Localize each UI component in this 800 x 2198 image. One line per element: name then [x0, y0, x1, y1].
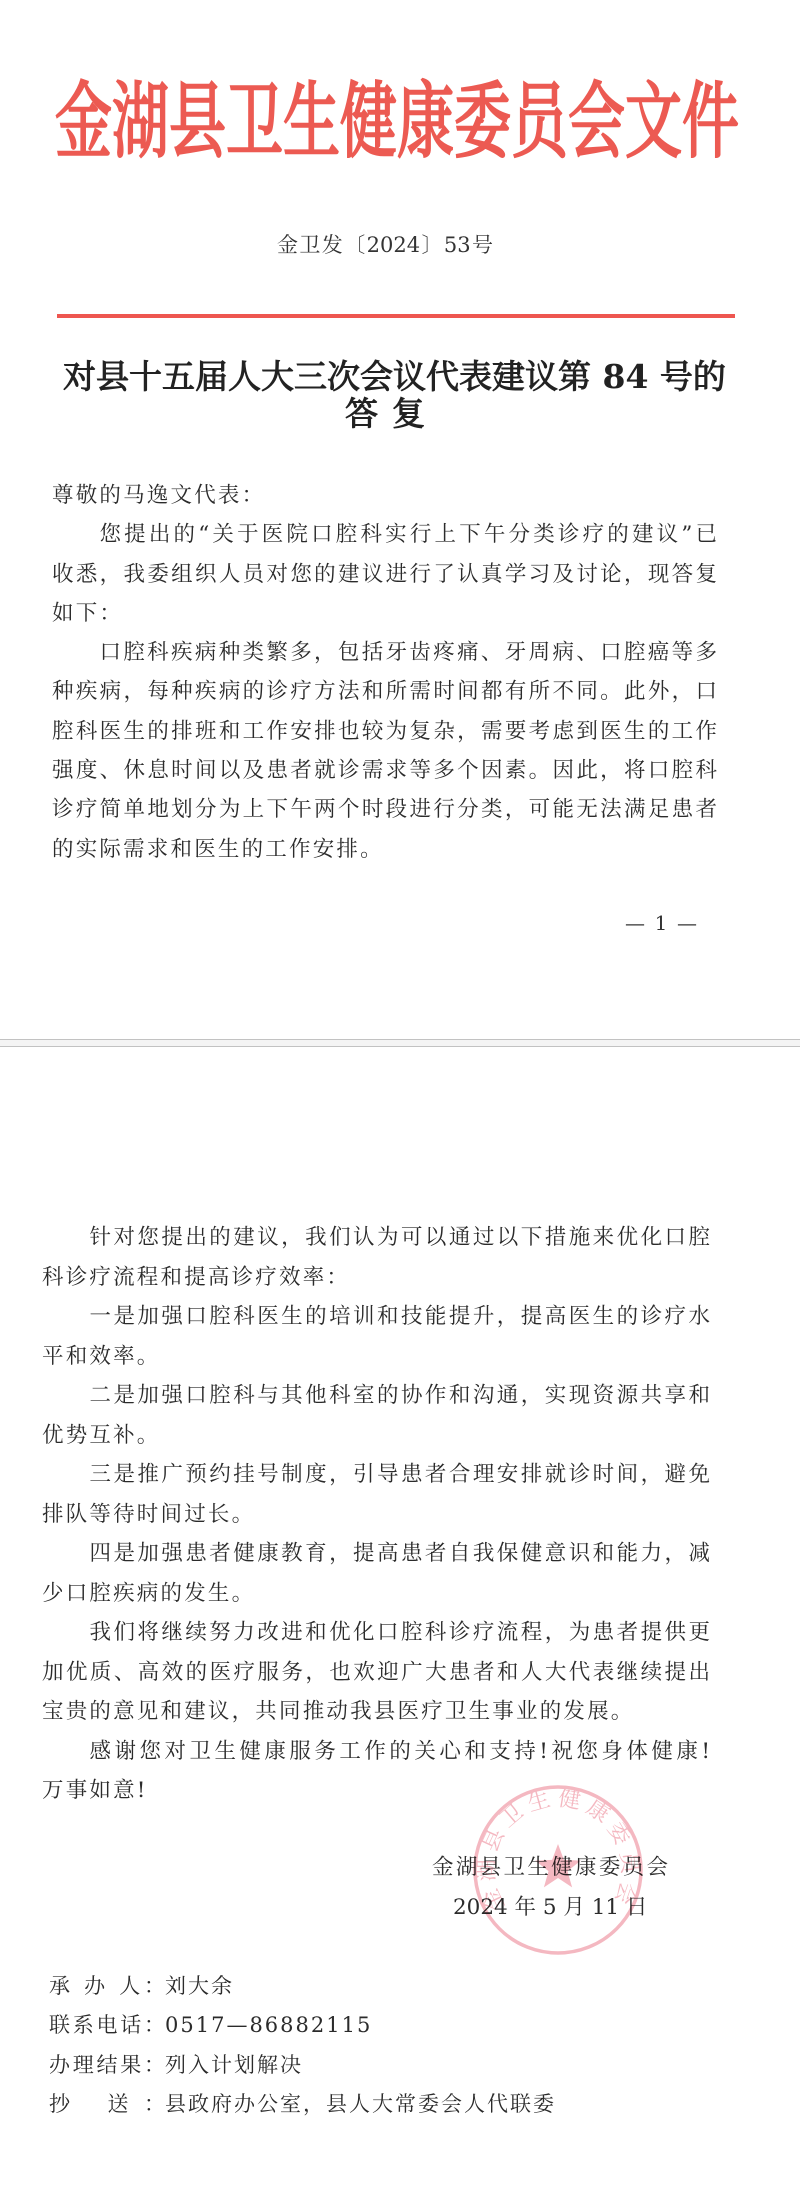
text-line: 一是加强口腔科医生的培训和技能提升，提高医生的诊疗水 — [42, 1297, 710, 1337]
text-line: 的实际需求和医生的工作安排。 — [52, 830, 717, 869]
footer-row-handler: 承 办 人：刘大余 — [49, 1967, 649, 2006]
footer-row-phone: 联系电话：0517—86882115 — [49, 2006, 649, 2045]
text-line: 针对您提出的建议，我们认为可以通过以下措施来优化口腔 — [42, 1218, 710, 1258]
text-line: 平和效率。 — [42, 1337, 710, 1377]
paragraph-measure-3: 三是推广预约挂号制度，引导患者合理安排就诊时间，避免 排队等待时间过长。 — [42, 1455, 710, 1534]
header-red-divider — [57, 314, 735, 318]
text-line: 如下： — [52, 594, 717, 633]
footer-value: 列入计划解决 — [165, 2046, 303, 2085]
paragraph-measure-4: 四是加强患者健康教育，提高患者自我保健意识和能力，减 少口腔疾病的发生。 — [42, 1534, 710, 1613]
text-line: 腔科医生的排班和工作安排也较为复杂，需要考虑到医生的工作 — [52, 712, 717, 751]
page-1-body: 尊敬的马逸文代表： 您提出的“关于医院口腔科实行上下午分类诊疗的建议”已 收悉，… — [52, 476, 717, 869]
text-line: 口腔科疾病种类繁多，包括牙齿疼痛、牙周病、口腔癌等多 — [52, 633, 717, 672]
text-line: 排队等待时间过长。 — [42, 1495, 710, 1535]
text-line: 宝贵的意见和建议，共同推动我县医疗卫生事业的发展。 — [42, 1692, 710, 1732]
text-line: 少口腔疾病的发生。 — [42, 1574, 710, 1614]
page-2-body: 针对您提出的建议，我们认为可以通过以下措施来优化口腔 科诊疗流程和提高诊疗效率：… — [42, 1218, 710, 1811]
paragraph-acknowledgement: 您提出的“关于医院口腔科实行上下午分类诊疗的建议”已 收悉，我委组织人员对您的建… — [52, 515, 717, 633]
footer-value: 县政府办公室，县人大常委会人代联委 — [165, 2085, 556, 2124]
text-line: 感谢您对卫生健康服务工作的关心和支持!祝您身体健康! — [42, 1732, 710, 1772]
text-line: 科诊疗流程和提高诊疗效率： — [42, 1258, 710, 1298]
page-separator — [0, 1039, 800, 1047]
paragraph-commitment: 我们将继续努力改进和优化口腔科诊疗流程，为患者提供更 加优质、高效的医疗服务，也… — [42, 1613, 710, 1732]
text-line: 三是推广预约挂号制度，引导患者合理安排就诊时间，避免 — [42, 1455, 710, 1495]
document-number: 金卫发〔2024〕53号 — [277, 232, 493, 258]
text-line: 优势互补。 — [42, 1416, 710, 1456]
text-line: 种疾病，每种疾病的诊疗方法和所需时间都有所不同。此外，口 — [52, 672, 717, 711]
text-line: 诊疗简单地划分为上下午两个时段进行分类，可能无法满足患者 — [52, 790, 717, 829]
footer-value: 刘大余 — [165, 1967, 234, 2006]
text-line: 收悉，我委组织人员对您的建议进行了认真学习及讨论，现答复 — [52, 555, 717, 594]
footer-value: 0517—86882115 — [165, 2006, 372, 2045]
text-line: 您提出的“关于医院口腔科实行上下午分类诊疗的建议”已 — [52, 515, 717, 554]
paragraph-measures-intro: 针对您提出的建议，我们认为可以通过以下措施来优化口腔 科诊疗流程和提高诊疗效率： — [42, 1218, 710, 1297]
document-header-title: 金湖县卫生健康委员会文件 — [55, 80, 739, 163]
text-line: 强度、休息时间以及患者就诊需求等多个因素。因此，将口腔科 — [52, 751, 717, 790]
paragraph-measure-1: 一是加强口腔科医生的培训和技能提升，提高医生的诊疗水 平和效率。 — [42, 1297, 710, 1376]
footer-label: 抄 送： — [49, 2085, 165, 2124]
reply-title-line-1: 对县十五届人大三次会议代表建议第 84 号的 — [63, 359, 710, 395]
footer-row-result: 办理结果：列入计划解决 — [49, 2046, 649, 2085]
footer-label: 办理结果： — [49, 2046, 165, 2085]
paragraph-measure-2: 二是加强口腔科与其他科室的协作和沟通，实现资源共享和 优势互补。 — [42, 1376, 710, 1455]
greeting: 尊敬的马逸文代表： — [52, 476, 717, 515]
text-line: 加优质、高效的医疗服务，也欢迎广大患者和人大代表继续提出 — [42, 1653, 710, 1693]
footer-row-cc: 抄 送：县政府办公室，县人大常委会人代联委 — [49, 2085, 649, 2124]
page-number: — 1 — — [625, 910, 697, 936]
paragraph-background: 口腔科疾病种类繁多，包括牙齿疼痛、牙周病、口腔癌等多 种疾病，每种疾病的诊疗方法… — [52, 633, 717, 869]
text-line: 我们将继续努力改进和优化口腔科诊疗流程，为患者提供更 — [42, 1613, 710, 1653]
star-icon — [535, 1844, 581, 1887]
official-seal-stamp: 金湖县卫生健康委员会 — [468, 1780, 648, 1960]
text-line: 四是加强患者健康教育，提高患者自我保健意识和能力，减 — [42, 1534, 710, 1574]
footer-label: 联系电话： — [49, 2006, 165, 2045]
footer-label: 承 办 人： — [49, 1967, 165, 2006]
text-line: 二是加强口腔科与其他科室的协作和沟通，实现资源共享和 — [42, 1376, 710, 1416]
reply-title-line-2: 答 复 — [345, 396, 425, 432]
document-footer: 承 办 人：刘大余 联系电话：0517—86882115 办理结果：列入计划解决… — [49, 1967, 649, 2124]
